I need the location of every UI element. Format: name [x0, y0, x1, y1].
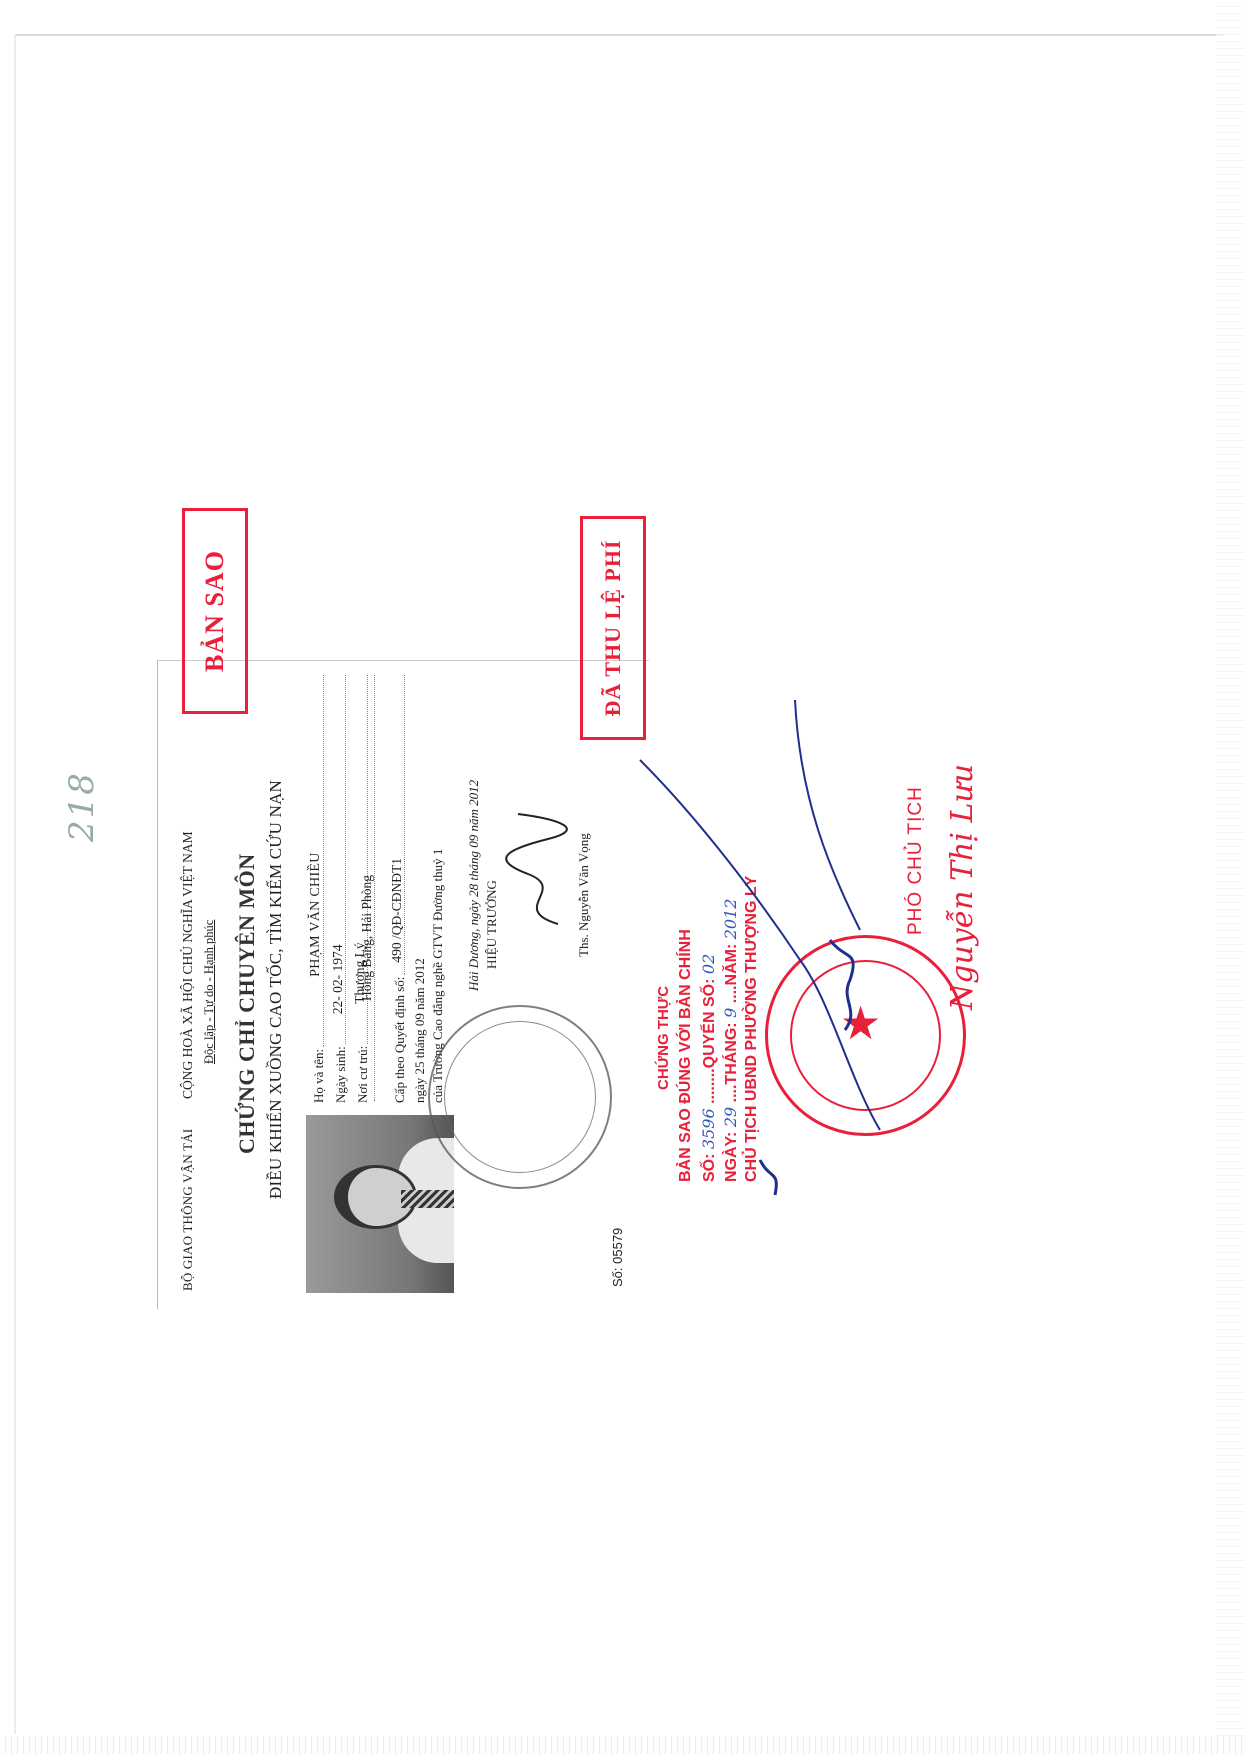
blue-signature [0, 0, 1244, 1754]
